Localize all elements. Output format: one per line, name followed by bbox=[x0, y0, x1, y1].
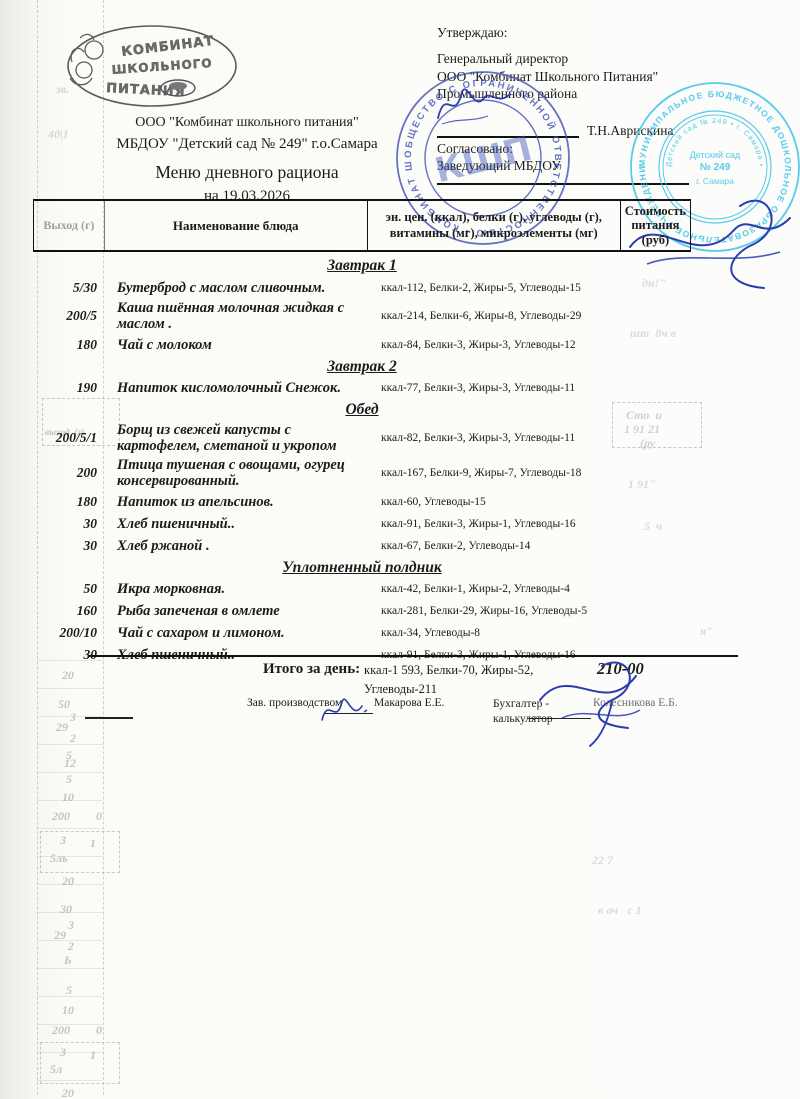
ghost-text: я" bbox=[700, 624, 713, 639]
director-signature-scribble bbox=[432, 80, 527, 128]
row-dish-name: Напиток из апельсинов. bbox=[105, 494, 373, 510]
row-dish-name: Икра морковная. bbox=[105, 581, 373, 597]
row-nutrition: ккал-91, Белки-3, Жиры-1, Углеводы-16 bbox=[373, 518, 631, 530]
ghost-text: 10 bbox=[62, 1003, 74, 1018]
menu-row: 190Напиток кисломолочный Снежок.ккал-77,… bbox=[33, 379, 691, 398]
ghost-text: 20 bbox=[62, 874, 74, 889]
row-output: 30 bbox=[33, 538, 105, 554]
menu-row: 50Икра морковная.ккал-42, Белки-1, Жиры-… bbox=[33, 580, 691, 599]
row-output: 200/5/1 bbox=[33, 430, 105, 446]
cyan-stamp-center-2: № 249 bbox=[700, 162, 731, 173]
row-dish-name: Чай с сахаром и лимоном. bbox=[105, 625, 373, 641]
row-output: 190 bbox=[33, 380, 105, 396]
row-dish-name: Чай с молоком bbox=[105, 337, 373, 353]
menu-table: Выход (г) Наименование блюда эн. цен. (к… bbox=[33, 199, 691, 661]
menu-row: 200/10Чай с сахаром и лимоном.ккал-34, У… bbox=[33, 624, 691, 643]
table-header-row: Выход (г) Наименование блюда эн. цен. (к… bbox=[33, 199, 691, 252]
section-title: Завтрак 1 bbox=[33, 257, 691, 275]
row-dish-name: Хлеб ржаной . bbox=[105, 538, 373, 554]
logo-children-drawing bbox=[70, 34, 103, 84]
ghost-text: в оч с 1 bbox=[598, 903, 642, 918]
ghost-text: 2 bbox=[68, 939, 74, 954]
row-nutrition: ккал-77, Белки-3, Жиры-3, Углеводы-11 bbox=[373, 382, 631, 394]
blue-stamp-center-text: КШП bbox=[431, 129, 536, 192]
row-nutrition: ккал-167, Белки-9, Жиры-7, Углеводы-18 bbox=[373, 467, 631, 479]
scanned-menu-document: зв.40|1выход (г)Сто и1 91 21(рудн!"шт 8ч… bbox=[0, 0, 800, 1099]
section-title: Уплотненный полдник bbox=[33, 559, 691, 577]
row-output: 200 bbox=[33, 465, 105, 481]
ghost-text: 0 bbox=[96, 1023, 102, 1038]
right-signature-underline bbox=[527, 718, 591, 719]
menu-row: 200/5/1Борщ из свежей капусты с картофел… bbox=[33, 422, 691, 454]
row-nutrition: ккал-84, Белки-3, Жиры-3, Углеводы-12 bbox=[373, 339, 631, 351]
row-output: 160 bbox=[33, 603, 105, 619]
approve-label: Утверждаю: bbox=[437, 24, 722, 41]
menu-row: 30Хлеб ржаной .ккал-67, Белки-2, Углевод… bbox=[33, 537, 691, 556]
ghost-text: Ь bbox=[64, 953, 72, 968]
production-manager-signature-scribble bbox=[318, 692, 368, 732]
row-output: 5/30 bbox=[33, 280, 105, 296]
ghost-text: 3 bbox=[68, 918, 74, 933]
menu-row: 200/5Каша пшённая молочная жидкая с масл… bbox=[33, 300, 691, 332]
row-dish-name: Рыба запеченая в омлете bbox=[105, 603, 373, 619]
row-output: 50 bbox=[33, 581, 105, 597]
org-line-2: МБДОУ "Детский сад № 249" г.о.Самара bbox=[88, 133, 406, 156]
cyan-stamp-center-3: г. Самара bbox=[696, 176, 734, 186]
cyan-stamp-center-1: Детский сад bbox=[690, 150, 741, 160]
page-title: Меню дневного рациона bbox=[88, 159, 406, 185]
col-header-nutrition: эн. цен. (ккал), белки (г), углеводы (г)… bbox=[368, 201, 621, 250]
row-nutrition: ккал-34, Углеводы-8 bbox=[373, 627, 631, 639]
ghost-box bbox=[40, 831, 120, 873]
ghost-text: 3 bbox=[70, 710, 76, 725]
col-header-cost: Стоимость питания (руб) bbox=[621, 201, 690, 250]
col-header-output: Выход (г) bbox=[34, 201, 105, 250]
row-nutrition: ккал-82, Белки-3, Жиры-3, Углеводы-11 bbox=[373, 432, 631, 444]
row-nutrition: ккал-214, Белки-6, Жиры-8, Углеводы-29 bbox=[373, 310, 631, 322]
ghost-text: 2 bbox=[70, 731, 76, 746]
menu-row: 30Хлеб пшеничный..ккал-91, Белки-3, Жиры… bbox=[33, 515, 691, 534]
ghost-text: 20 bbox=[62, 1086, 74, 1099]
menu-row: 5/30Бутерброд с маслом сливочным.ккал-11… bbox=[33, 278, 691, 297]
left-signature-underline bbox=[325, 713, 373, 714]
accountant-signature-scribble bbox=[532, 658, 652, 748]
col-header-dish-name: Наименование блюда bbox=[105, 201, 368, 250]
row-output: 180 bbox=[33, 337, 105, 353]
row-dish-name: Птица тушеная с овощами, огурец консерви… bbox=[105, 457, 373, 489]
row-nutrition: ккал-60, Углеводы-15 bbox=[373, 496, 631, 508]
row-dish-name: Напиток кисломолочный Снежок. bbox=[105, 380, 373, 396]
row-output: 180 bbox=[33, 494, 105, 510]
ghost-text: 30 bbox=[60, 902, 72, 917]
section-title: Завтрак 2 bbox=[33, 358, 691, 376]
bottom-left-line bbox=[85, 717, 133, 719]
menu-row: 160Рыба запеченая в омлетеккал-281, Белк… bbox=[33, 602, 691, 621]
production-manager-name: Макарова Е.Е. bbox=[374, 697, 444, 709]
ghost-box bbox=[40, 1042, 120, 1084]
ghost-text: 5 bbox=[66, 772, 72, 787]
ghost-text: 20 bbox=[62, 668, 74, 683]
ghost-text: 200 bbox=[52, 809, 70, 824]
ghost-text: 29 bbox=[54, 928, 66, 943]
ghost-text: 40|1 bbox=[48, 127, 69, 142]
menu-row: 200Птица тушеная с овощами, огурец консе… bbox=[33, 457, 691, 489]
row-nutrition: ккал-112, Белки-2, Жиры-5, Углеводы-15 bbox=[373, 282, 631, 294]
ghost-text: 200 bbox=[52, 1023, 70, 1038]
totals-label: Итого за день: bbox=[263, 661, 360, 678]
row-output: 200/10 bbox=[33, 625, 105, 641]
ghost-text: 0 bbox=[96, 809, 102, 824]
ghost-text: 5 bbox=[66, 983, 72, 998]
ghost-text: 12 bbox=[64, 756, 76, 771]
ghost-text: 29 bbox=[56, 720, 68, 735]
row-dish-name: Борщ из свежей капусты с картофелем, сме… bbox=[105, 422, 373, 454]
combine-logo: КОМБИНАТ ШКОЛЬНОГО ПИТАНИЯ bbox=[60, 22, 238, 114]
row-dish-name: Хлеб пшеничный.. bbox=[105, 516, 373, 532]
row-dish-name: Бутерброд с маслом сливочным. bbox=[105, 280, 373, 296]
menu-row: 180Чай с молокомккал-84, Белки-3, Жиры-3… bbox=[33, 336, 691, 355]
ghost-text: 10 bbox=[62, 790, 74, 805]
totals-divider-line bbox=[88, 655, 738, 657]
menu-body: Завтрак 15/30Бутерброд с маслом сливочны… bbox=[33, 252, 691, 661]
row-nutrition: ккал-281, Белки-29, Жиры-16, Углеводы-5 bbox=[373, 605, 631, 617]
ghost-text: 22 7 bbox=[592, 853, 613, 868]
section-title: Обед bbox=[33, 401, 691, 419]
org-line-1: ООО "Комбинат школьного питания" bbox=[88, 112, 406, 133]
row-output: 200/5 bbox=[33, 308, 105, 324]
row-dish-name: Каша пшённая молочная жидкая с маслом . bbox=[105, 300, 373, 332]
ghost-text: 50 bbox=[58, 697, 70, 712]
row-nutrition: ккал-42, Белки-1, Жиры-2, Углеводы-4 bbox=[373, 583, 631, 595]
row-output: 30 bbox=[33, 516, 105, 532]
menu-row: 180Напиток из апельсинов.ккал-60, Углево… bbox=[33, 493, 691, 512]
org-title-block: ООО "Комбинат школьного питания" МБДОУ "… bbox=[88, 112, 406, 207]
row-nutrition: ккал-67, Белки-2, Углеводы-14 bbox=[373, 540, 631, 552]
